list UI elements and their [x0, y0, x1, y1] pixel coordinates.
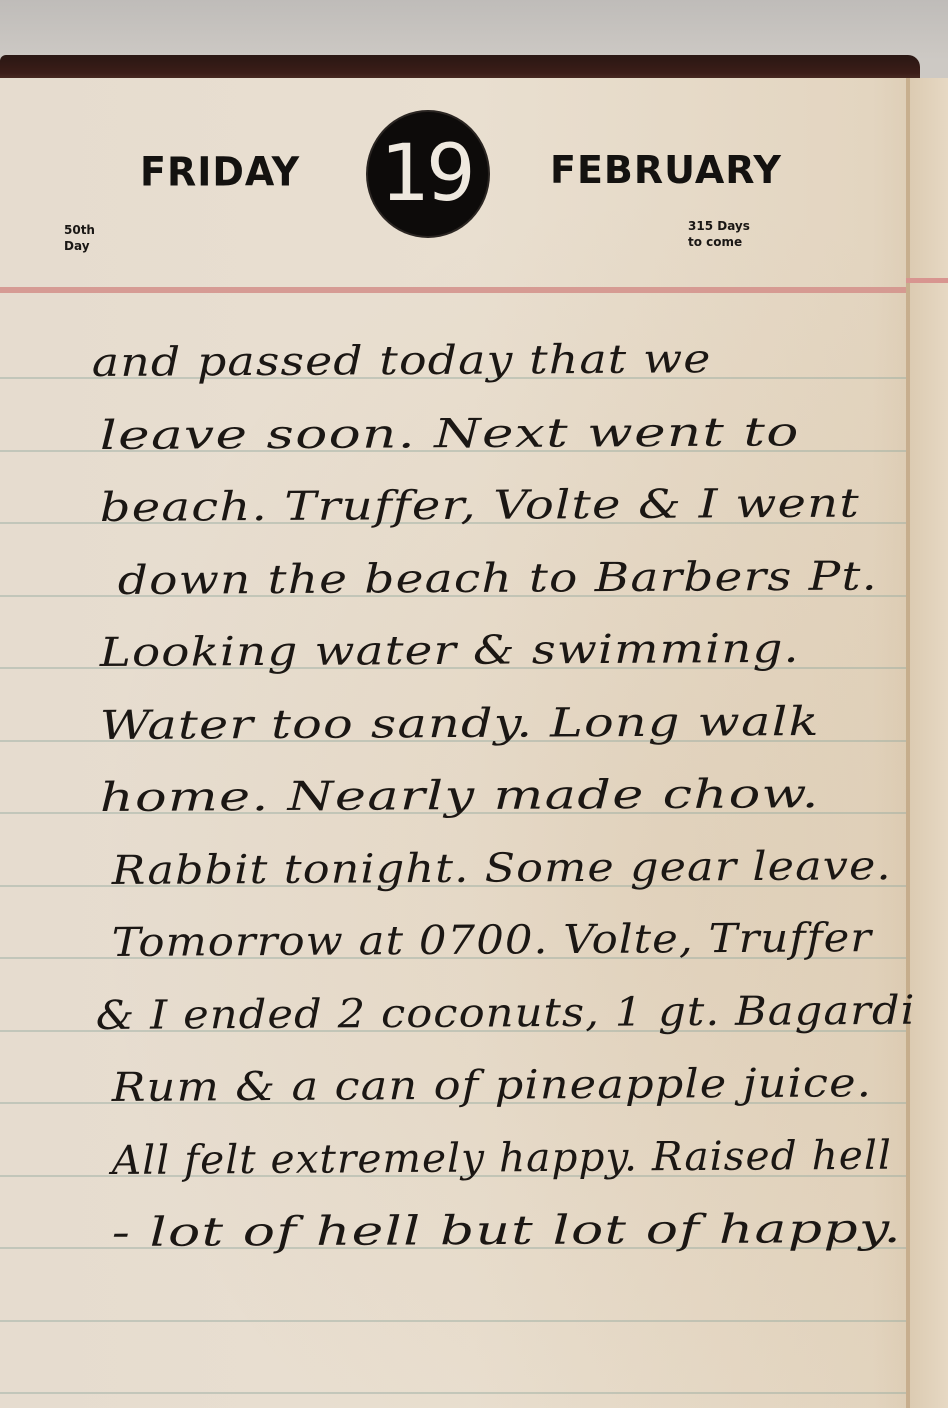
entry-line: Water too sandy. Long walk — [100, 698, 820, 748]
entry-line: & I ended 2 coconuts, 1 gt. Bagardi — [96, 987, 916, 1038]
entry-line: - lot of hell but lot of happy. — [112, 1206, 902, 1256]
entry-line: leave soon. Next went to — [100, 409, 800, 459]
entry-line: and passed today that we — [92, 336, 712, 386]
entry-line: Tomorrow at 0700. Volte, Truffer — [112, 915, 873, 966]
entry-line: Rum & a can of pineapple juice. — [112, 1060, 873, 1111]
entry-line: down the beach to Barbers Pt. — [118, 553, 878, 604]
entry-line: Rabbit tonight. Some gear leave. — [112, 843, 892, 894]
entry-line: home. Nearly made chow. — [100, 771, 820, 821]
entry-line: Looking water & swimming. — [100, 626, 800, 676]
handwritten-entry: and passed today that weleave soon. Next… — [0, 0, 948, 1408]
entry-line: beach. Truffer, Volte & I went — [100, 481, 860, 531]
entry-line: All felt extremely happy. Raised hell — [112, 1132, 892, 1183]
